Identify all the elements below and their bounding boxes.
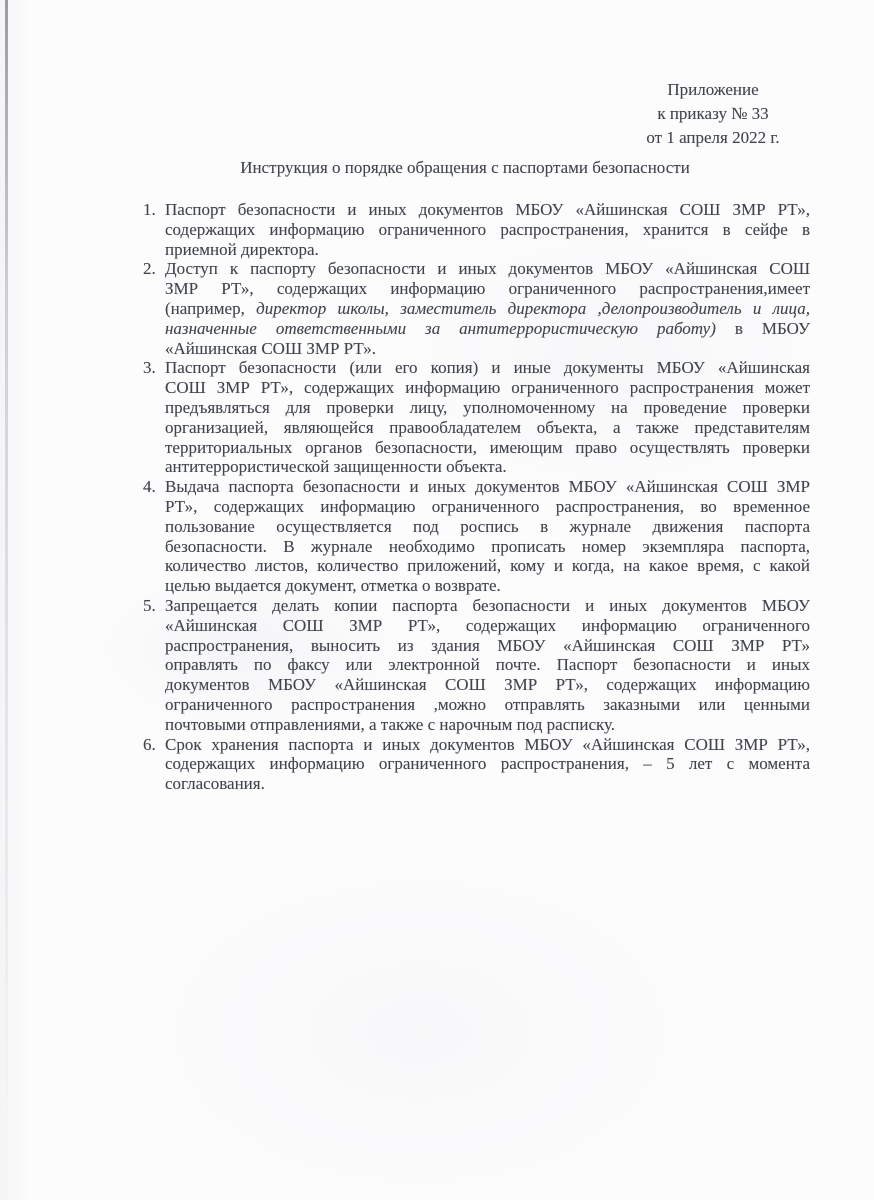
text-run: антитеррористической защищенности объект… xyxy=(165,457,507,476)
text-run: количество листов, количество приложений… xyxy=(165,556,810,575)
text-line: содержащих информацию ограниченного расп… xyxy=(165,754,810,774)
text-run: приемной директора. xyxy=(165,240,319,259)
text-line: назначенные ответственными за антитеррор… xyxy=(165,319,810,339)
list-item-text: Доступ к паспорту безопасности и иных до… xyxy=(165,259,810,358)
text-line: документов МБОУ «Айшинская СОШ ЗМР РТ», … xyxy=(165,675,810,695)
text-run: пользование осуществляется под роспись в… xyxy=(165,517,810,536)
text-line: содержащих информацию ограниченного расп… xyxy=(165,220,810,240)
text-run: согласования. xyxy=(165,774,265,793)
text-run: документов МБОУ «Айшинская СОШ ЗМР РТ», … xyxy=(165,675,810,694)
list-item-text: Срок хранения паспорта и иных документов… xyxy=(165,735,810,794)
text-line: «Айшинская СОШ ЗМР РТ». xyxy=(165,339,810,359)
list-item-text: Паспорт безопасности (или его копия) и и… xyxy=(165,358,810,477)
list-item-number: 5. xyxy=(143,596,165,616)
scan-edge-artifact xyxy=(5,0,8,1160)
text-run: содержащих информацию ограниченного расп… xyxy=(165,754,810,773)
header-line: к приказу № 33 xyxy=(560,102,866,126)
document-header: Приложение к приказу № 33 от 1 апреля 20… xyxy=(560,78,866,150)
list-item-number: 4. xyxy=(143,477,165,497)
text-line: Выдача паспорта безопасности и иных доку… xyxy=(165,477,810,497)
text-run: Срок хранения паспорта и иных документов… xyxy=(165,735,810,754)
list-item-text: Паспорт безопасности и иных документов М… xyxy=(165,200,810,259)
text-line: Паспорт безопасности и иных документов М… xyxy=(165,200,810,220)
text-line: согласования. xyxy=(165,774,810,794)
text-run: организацией, являющейся правообладателе… xyxy=(165,418,810,437)
text-line: Доступ к паспорту безопасности и иных до… xyxy=(165,259,810,279)
text-line: территориальных органов безопасности, им… xyxy=(165,438,810,458)
text-run: Доступ к паспорту безопасности и иных до… xyxy=(165,259,810,278)
text-run: Паспорт безопасности и иных документов М… xyxy=(165,200,810,219)
text-run: безопасности. В журнале необходимо пропи… xyxy=(165,537,810,556)
text-run: целью выдается документ, отметка о возвр… xyxy=(165,576,501,595)
text-run: территориальных органов безопасности, им… xyxy=(165,438,810,457)
list-item: 6.Срок хранения паспорта и иных документ… xyxy=(143,735,810,794)
text-run: (например, xyxy=(165,299,256,318)
text-line: количество листов, количество приложений… xyxy=(165,556,810,576)
list-item: 2.Доступ к паспорту безопасности и иных … xyxy=(143,259,810,358)
list-item-text: Запрещается делать копии паспорта безопа… xyxy=(165,596,810,735)
text-line: Срок хранения паспорта и иных документов… xyxy=(165,735,810,755)
text-line: антитеррористической защищенности объект… xyxy=(165,457,810,477)
text-line: СОШ ЗМР РТ», содержащих информацию огран… xyxy=(165,378,810,398)
text-run: распространения, выносить из здания МБОУ… xyxy=(165,636,810,655)
text-line: организацией, являющейся правообладателе… xyxy=(165,418,810,438)
text-run: «Айшинская СОШ ЗМР РТ», содержащих инфор… xyxy=(165,616,810,635)
text-line: «Айшинская СОШ ЗМР РТ», содержащих инфор… xyxy=(165,616,810,636)
text-run: СОШ ЗМР РТ», содержащих информацию огран… xyxy=(165,378,810,397)
text-run: оправлять по факсу или электронной почте… xyxy=(165,655,810,674)
text-run: директор школы, заместитель директора ,д… xyxy=(256,299,810,318)
text-run: ограниченного распространения ,можно отп… xyxy=(165,695,810,714)
text-line: РТ», содержащих информацию ограниченного… xyxy=(165,497,810,517)
document-title: Инструкция о порядке обращения с паспорт… xyxy=(120,156,810,180)
header-line: от 1 апреля 2022 г. xyxy=(560,126,866,150)
text-run: Запрещается делать копии паспорта безопа… xyxy=(165,596,810,615)
text-run: ЗМР РТ», содержащих информацию ограничен… xyxy=(165,279,810,298)
document-page: Приложение к приказу № 33 от 1 апреля 20… xyxy=(0,0,874,1200)
list-item-number: 1. xyxy=(143,200,165,220)
text-run: Выдача паспорта безопасности и иных доку… xyxy=(165,477,810,496)
list-item: 3.Паспорт безопасности (или его копия) и… xyxy=(143,358,810,477)
text-run: почтовыми отправлениями, а также с нароч… xyxy=(165,715,615,734)
list-item: 5.Запрещается делать копии паспорта безо… xyxy=(143,596,810,735)
text-line: оправлять по факсу или электронной почте… xyxy=(165,655,810,675)
text-line: предъявляться для проверки лицу, уполном… xyxy=(165,398,810,418)
text-line: безопасности. В журнале необходимо пропи… xyxy=(165,537,810,557)
list-item-number: 6. xyxy=(143,735,165,755)
list-item-text: Выдача паспорта безопасности и иных доку… xyxy=(165,477,810,596)
list-item-number: 3. xyxy=(143,358,165,378)
text-run: Паспорт безопасности (или его копия) и и… xyxy=(165,358,810,377)
text-line: приемной директора. xyxy=(165,240,810,260)
text-run: в МБОУ xyxy=(716,319,810,338)
text-run: предъявляться для проверки лицу, уполном… xyxy=(165,398,810,417)
list-item: 4.Выдача паспорта безопасности и иных до… xyxy=(143,477,810,596)
numbered-list: 1.Паспорт безопасности и иных документов… xyxy=(143,200,810,794)
text-line: ограниченного распространения ,можно отп… xyxy=(165,695,810,715)
text-line: пользование осуществляется под роспись в… xyxy=(165,517,810,537)
text-line: Паспорт безопасности (или его копия) и и… xyxy=(165,358,810,378)
header-line: Приложение xyxy=(560,78,866,102)
text-line: почтовыми отправлениями, а также с нароч… xyxy=(165,715,810,735)
text-line: ЗМР РТ», содержащих информацию ограничен… xyxy=(165,279,810,299)
list-item-number: 2. xyxy=(143,259,165,279)
text-line: целью выдается документ, отметка о возвр… xyxy=(165,576,810,596)
text-run: назначенные ответственными за антитеррор… xyxy=(165,319,716,338)
text-run: «Айшинская СОШ ЗМР РТ». xyxy=(165,339,376,358)
text-line: (например, директор школы, заместитель д… xyxy=(165,299,810,319)
text-run: содержащих информацию ограниченного расп… xyxy=(165,220,810,239)
text-line: Запрещается делать копии паспорта безопа… xyxy=(165,596,810,616)
list-item: 1.Паспорт безопасности и иных документов… xyxy=(143,200,810,259)
text-line: распространения, выносить из здания МБОУ… xyxy=(165,636,810,656)
text-run: РТ», содержащих информацию ограниченного… xyxy=(165,497,810,516)
